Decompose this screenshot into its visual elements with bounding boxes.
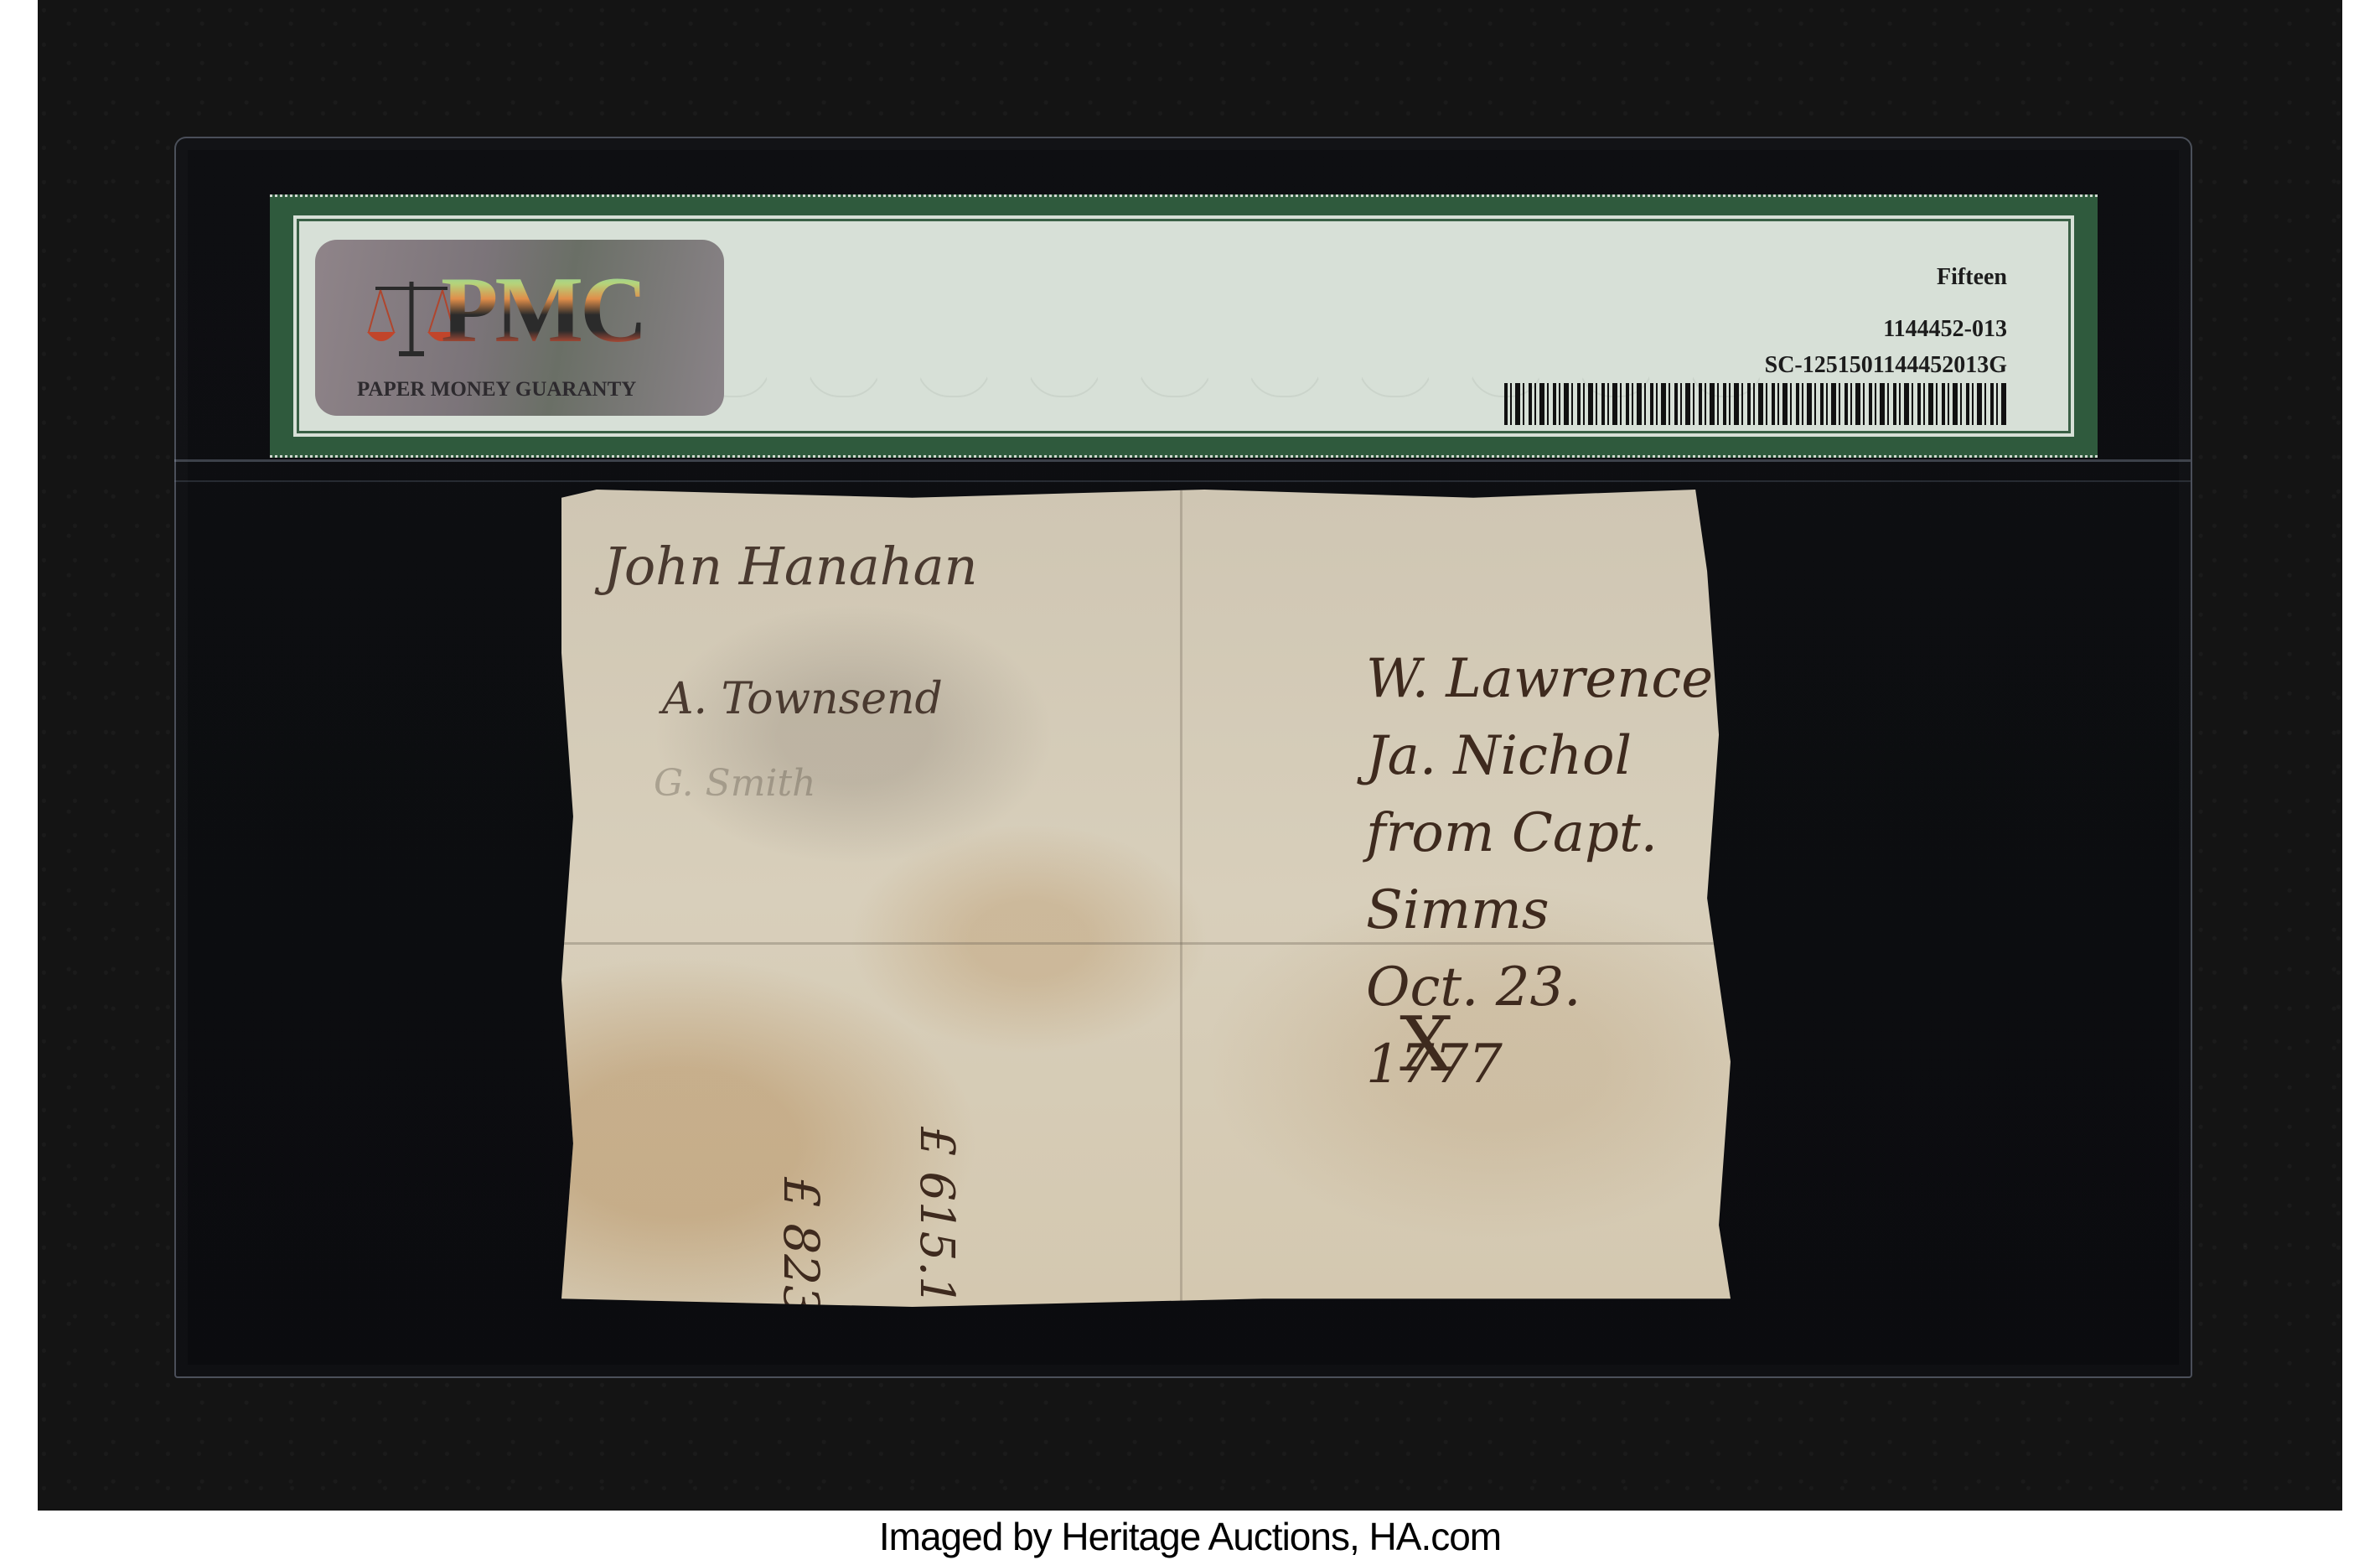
grading-label: PMC PAPER MONEY GUARANTY Fifteen 1144452… [270, 194, 2098, 458]
x-mark: X [1400, 1001, 1453, 1089]
slab-seam-inner [174, 480, 2191, 482]
barcode-code: SC-1251501144452013G [1765, 352, 2007, 379]
scale-watermark-icon [798, 232, 890, 420]
label-paper: PMC PAPER MONEY GUARANTY Fifteen 1144452… [293, 215, 2074, 437]
pmc-subtitle: PAPER MONEY GUARANTY [357, 378, 636, 402]
scale-watermark-icon [1349, 232, 1441, 420]
endorsement-line: Ja. Nichol [1366, 718, 1731, 795]
cert-number: 1144452-013 [1883, 316, 2007, 343]
pmc-hologram: PMC PAPER MONEY GUARANTY [315, 240, 724, 416]
scale-watermark-icon [1239, 232, 1331, 420]
barcode [1504, 383, 2007, 425]
scale-watermark-icon [1018, 232, 1110, 420]
grade-text: Fifteen [1937, 264, 2007, 291]
endorsement-line: W. Lawrence [1366, 640, 1731, 718]
scale-watermark-icon [1129, 232, 1221, 420]
banknote-reverse: John Hanahan A. Townsend G. Smith W. Law… [561, 490, 1731, 1307]
faint-signature: G. Smith [654, 762, 816, 805]
slab-seam [174, 459, 2191, 462]
pmc-logo-text: PMC [441, 263, 644, 357]
signature-townsend: A. Townsend [662, 674, 943, 724]
scale-watermark-icon [908, 232, 1000, 420]
vertical-amount-2: £ 615.10 [909, 1127, 964, 1335]
image-credit-caption: Imaged by Heritage Auctions, HA.com [0, 1514, 2380, 1559]
fold-line-vertical [1180, 490, 1182, 1307]
endorsement-line: from Capt. Simms [1366, 795, 1731, 949]
signature-hanahan: John Hanahan [603, 536, 978, 597]
